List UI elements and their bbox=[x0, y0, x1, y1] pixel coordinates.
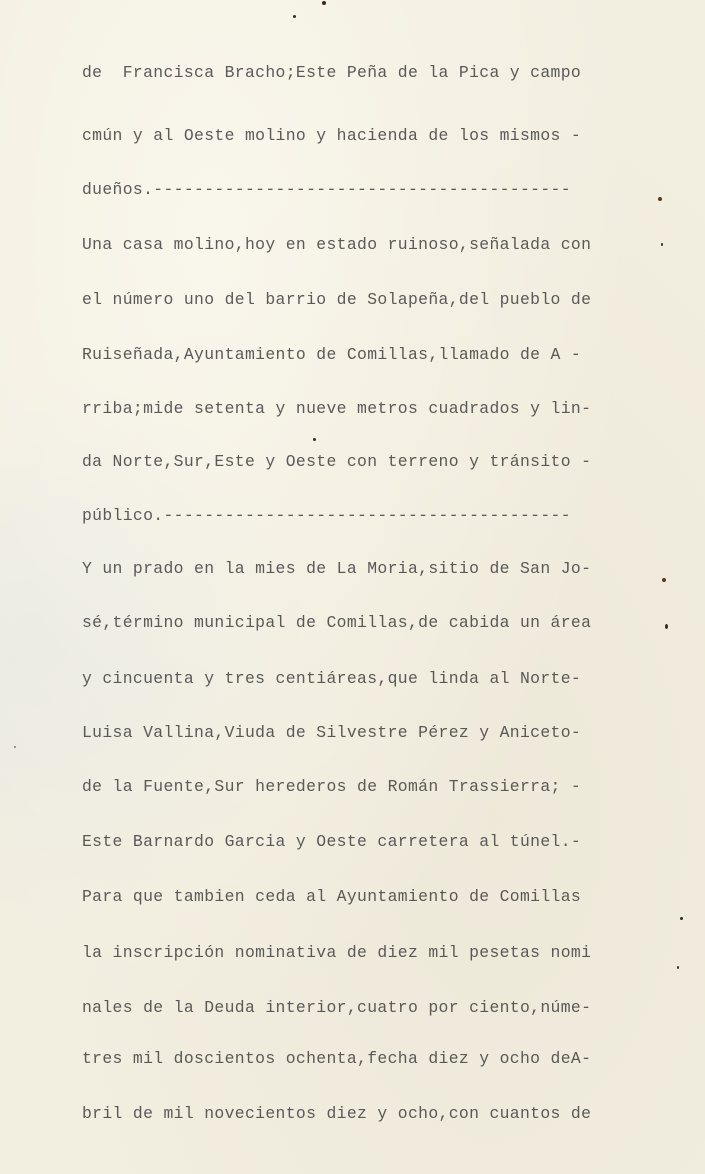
text-line: cmún y al Oeste molino y hacienda de los… bbox=[82, 126, 581, 146]
text-line: público.--------------------------------… bbox=[82, 506, 571, 526]
text-line: sé,término municipal de Comillas,de cabi… bbox=[82, 613, 591, 633]
text-line: tres mil doscientos ochenta,fecha diez y… bbox=[82, 1049, 591, 1069]
text-line: el número uno del barrio de Solapeña,del… bbox=[82, 290, 591, 310]
text-line: la inscripción nominativa de diez mil pe… bbox=[82, 943, 591, 963]
paper-speck bbox=[665, 624, 668, 629]
text-line: rriba;mide setenta y nueve metros cuadra… bbox=[82, 399, 591, 419]
text-line: bril de mil novecientos diez y ocho,con … bbox=[82, 1104, 591, 1124]
text-line: da Norte,Sur,Este y Oeste con terreno y … bbox=[82, 452, 591, 472]
paper-speck bbox=[680, 917, 683, 920]
text-line: Para que tambien ceda al Ayuntamiento de… bbox=[82, 887, 581, 907]
text-line: de la Fuente,Sur herederos de Román Tras… bbox=[82, 777, 581, 797]
text-line: Y un prado en la mies de La Moria,sitio … bbox=[82, 559, 591, 579]
paper-speck bbox=[322, 1, 326, 5]
text-line: de Francisca Bracho;Este Peña de la Pica… bbox=[82, 63, 581, 83]
paper-speck bbox=[662, 578, 666, 582]
paper-speck bbox=[661, 243, 663, 246]
paper-speck bbox=[313, 438, 316, 441]
paper-speck bbox=[293, 15, 296, 18]
paper-speck bbox=[658, 197, 662, 201]
text-line: nales de la Deuda interior,cuatro por ci… bbox=[82, 998, 591, 1018]
document-page: de Francisca Bracho;Este Peña de la Pica… bbox=[0, 0, 705, 1174]
text-line: Una casa molino,hoy en estado ruinoso,se… bbox=[82, 235, 591, 255]
paper-speck bbox=[14, 746, 16, 748]
text-line: y cincuenta y tres centiáreas,que linda … bbox=[82, 669, 581, 689]
paper-speck bbox=[677, 966, 679, 969]
text-line: Este Barnardo Garcia y Oeste carretera a… bbox=[82, 832, 581, 852]
text-line: Ruiseñada,Ayuntamiento de Comillas,llama… bbox=[82, 345, 581, 365]
text-line: Luisa Vallina,Viuda de Silvestre Pérez y… bbox=[82, 723, 581, 743]
text-line: dueños.---------------------------------… bbox=[82, 180, 571, 200]
